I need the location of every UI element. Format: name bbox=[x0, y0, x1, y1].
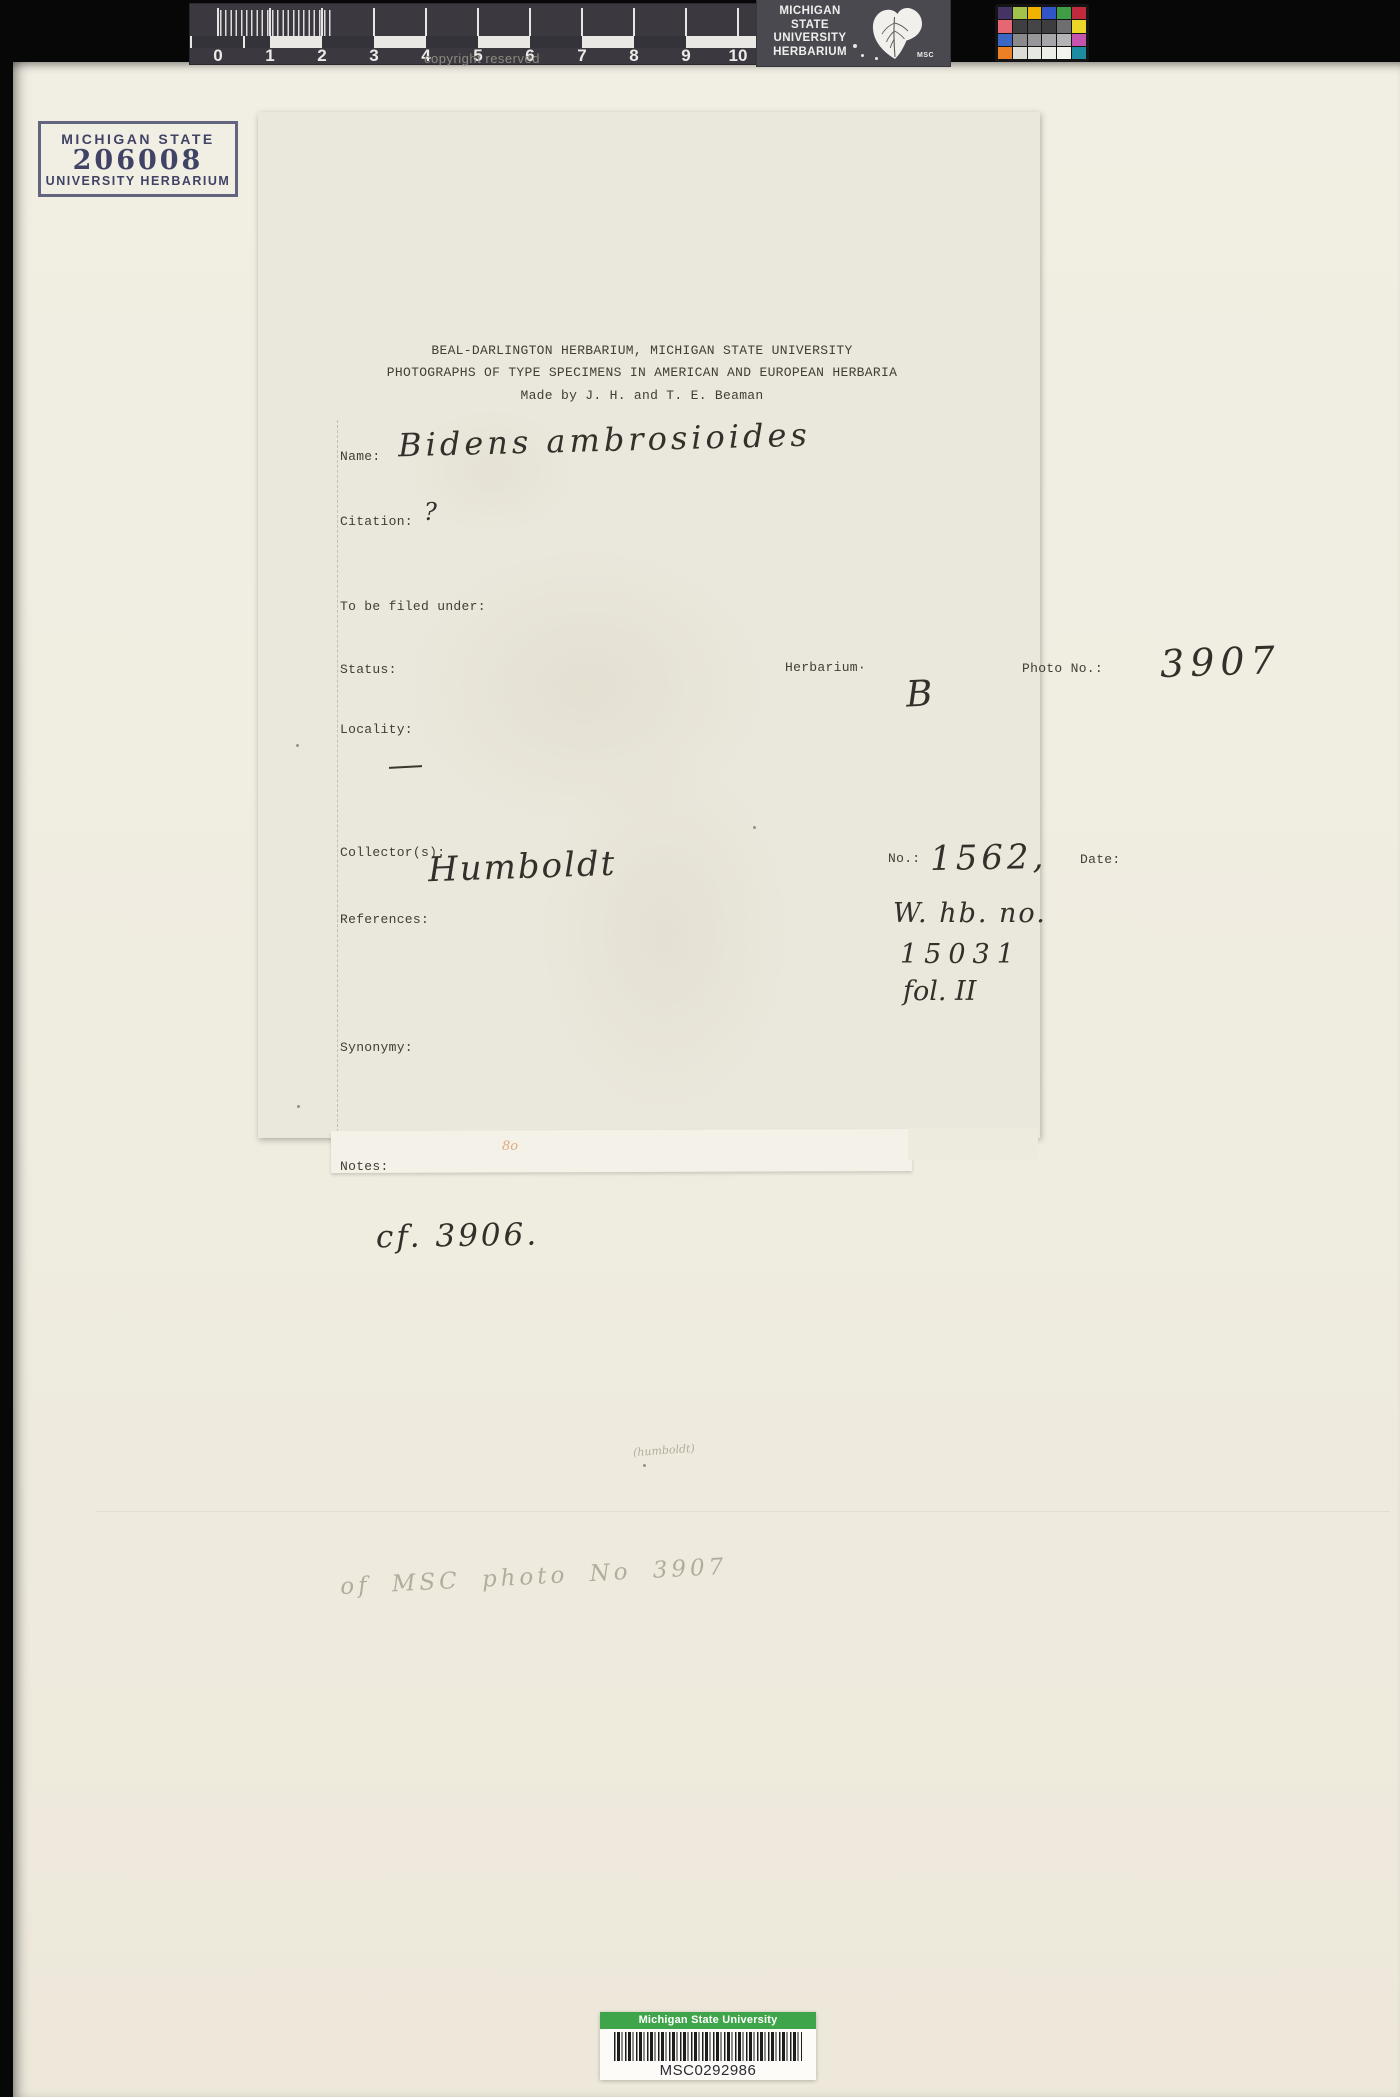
card-speck bbox=[861, 54, 864, 57]
handwritten-collector: Humboldt bbox=[427, 844, 617, 891]
color-chip bbox=[1072, 34, 1086, 46]
ruler-mm-hatch bbox=[220, 10, 334, 36]
label-notes: Notes: bbox=[340, 1159, 389, 1174]
label-citation: Citation: bbox=[340, 514, 413, 529]
barcode-number: MSC0292986 bbox=[600, 2062, 816, 2079]
barcode-label: Michigan State University MSC0292986 bbox=[600, 2012, 816, 2080]
card-speck bbox=[875, 57, 878, 60]
color-chip bbox=[1057, 47, 1071, 59]
label-references: References: bbox=[340, 912, 429, 927]
barcode-icon bbox=[614, 2032, 802, 2061]
color-chip bbox=[998, 7, 1012, 19]
handwritten-collector-number: 1562, bbox=[930, 837, 1048, 879]
label-photo-no: Photo No.: bbox=[1022, 661, 1103, 676]
color-chip bbox=[1042, 34, 1056, 46]
label-no: No.: bbox=[888, 851, 920, 866]
paper-edge-shadow bbox=[95, 1511, 1390, 1512]
msc-logo-text: MSC bbox=[917, 52, 934, 59]
label-locality: Locality: bbox=[340, 722, 413, 737]
color-chip bbox=[1013, 34, 1027, 46]
color-chip bbox=[1028, 20, 1042, 32]
handwritten-reference-line1: W. hb. no. bbox=[893, 898, 1047, 929]
color-chip bbox=[998, 34, 1012, 46]
card-speck bbox=[853, 44, 857, 48]
handwritten-herbarium-code: B bbox=[905, 673, 934, 715]
stamp-accession-number: 206008 bbox=[41, 147, 235, 174]
herbarium-card-line: UNIVERSITY bbox=[759, 32, 861, 46]
label-date: Date: bbox=[1080, 852, 1121, 867]
color-chip bbox=[998, 20, 1012, 32]
color-chip bbox=[1028, 7, 1042, 19]
color-chip bbox=[1013, 7, 1027, 19]
color-chip bbox=[1042, 20, 1056, 32]
color-chip bbox=[1013, 47, 1027, 59]
handwritten-photo-number: 3907 bbox=[1159, 638, 1281, 686]
label-filed-under: To be filed under: bbox=[340, 599, 486, 614]
handwritten-note: cf. 3906. bbox=[376, 1217, 540, 1256]
color-chip bbox=[1057, 7, 1071, 19]
color-chip bbox=[1057, 20, 1071, 32]
color-chip bbox=[1028, 34, 1042, 46]
color-chip bbox=[1013, 20, 1027, 32]
accession-stamp: MICHIGAN STATE 206008 UNIVERSITY HERBARI… bbox=[38, 121, 238, 197]
handwritten-reference-line3: fol. II bbox=[903, 976, 976, 1007]
ruler-number: 2 bbox=[317, 46, 326, 66]
color-chip bbox=[1057, 34, 1071, 46]
barcode-header: Michigan State University bbox=[600, 2012, 816, 2029]
handwritten-reference-line2: 15031 bbox=[900, 939, 1021, 970]
ruler-number: 0 bbox=[213, 46, 222, 66]
label-synonymy: Synonymy: bbox=[340, 1040, 413, 1055]
form-title-line1: BEAL-DARLINGTON HERBARIUM, MICHIGAN STAT… bbox=[431, 343, 852, 358]
color-chip bbox=[1072, 20, 1086, 32]
label-herbarium: Herbarium· bbox=[785, 660, 866, 675]
ruler-number: 3 bbox=[369, 46, 378, 66]
orange-pencil-mark: 8o bbox=[502, 1139, 518, 1154]
copyright-text: copyright reserved bbox=[424, 51, 540, 66]
speck bbox=[296, 744, 299, 747]
ruler-number: 10 bbox=[729, 46, 748, 66]
ruler-number: 1 bbox=[265, 46, 274, 66]
color-chip bbox=[1072, 47, 1086, 59]
herbarium-card-line: MICHIGAN bbox=[759, 5, 861, 19]
ruler-number: 9 bbox=[681, 46, 690, 66]
color-chip bbox=[1028, 47, 1042, 59]
color-chip bbox=[1042, 47, 1056, 59]
color-chip bbox=[998, 47, 1012, 59]
form-title-line3: Made by J. H. and T. E. Beaman bbox=[520, 388, 763, 403]
speck bbox=[297, 1105, 300, 1108]
form-title-line2: PHOTOGRAPHS OF TYPE SPECIMENS IN AMERICA… bbox=[387, 365, 897, 380]
backing-sheet-corner bbox=[908, 1128, 1038, 1160]
backing-sheet bbox=[331, 1129, 912, 1173]
stamp-department: UNIVERSITY HERBARIUM bbox=[41, 174, 235, 188]
color-chip bbox=[1042, 7, 1056, 19]
herbarium-card-line: STATE bbox=[759, 19, 861, 33]
speck bbox=[643, 1464, 646, 1467]
color-chart bbox=[995, 4, 1089, 62]
label-status: Status: bbox=[340, 662, 397, 677]
handwritten-citation: ? bbox=[424, 498, 437, 526]
ruler-number: 7 bbox=[577, 46, 586, 66]
color-chip bbox=[1072, 7, 1086, 19]
herbarium-card-text: MICHIGAN STATE UNIVERSITY HERBARIUM bbox=[759, 5, 861, 59]
herbarium-card-line: HERBARIUM bbox=[759, 46, 861, 60]
herbarium-id-card: MICHIGAN STATE UNIVERSITY HERBARIUM MSC bbox=[757, 0, 950, 66]
ruler-number: 8 bbox=[629, 46, 638, 66]
paper-crease bbox=[337, 420, 338, 1132]
label-name: Name: bbox=[340, 449, 381, 464]
speck bbox=[753, 826, 756, 829]
